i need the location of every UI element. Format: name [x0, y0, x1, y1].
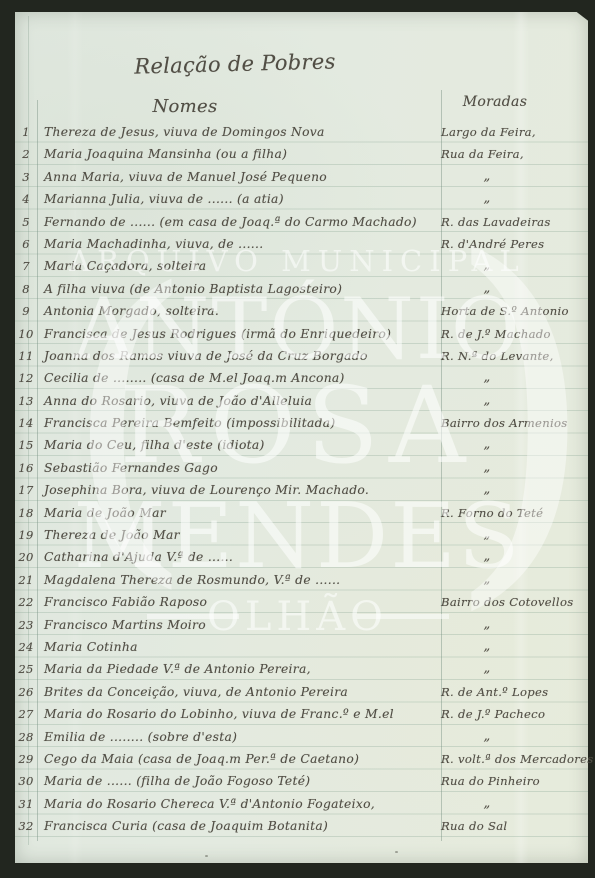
row-address: Rua da Feira,	[441, 144, 588, 164]
row-address: R. Forno do Teté	[441, 503, 588, 523]
table-row: 27 Maria do Rosario do Lobinho, viuva de…	[15, 704, 588, 726]
row-number: 7	[15, 256, 37, 276]
row-number: 24	[15, 637, 37, 657]
row-name: Thereza de Jesus, viuva de Domingos Nova	[37, 122, 441, 142]
row-address: Bairro dos Armenios	[441, 413, 588, 433]
row-name: Maria de ...... (filha de João Fogoso Te…	[37, 771, 441, 791]
table-row: 5 Fernando de ...... (em casa de Joaq.ª …	[15, 212, 588, 234]
table-row: 7 Maria Caçadora, solteira „	[15, 256, 588, 278]
row-name: Francisco Fabião Raposo	[37, 592, 441, 612]
row-number: 16	[15, 458, 37, 478]
row-name: Francisca de Jesus Rodrigues (irmã do En…	[37, 324, 441, 344]
table-row: 2 Maria Joaquina Mansinha (ou a filha) R…	[15, 144, 588, 166]
table-row: 26 Brites da Conceição, viuva, de Antoni…	[15, 682, 588, 704]
table-row: 6 Maria Machadinha, viuva, de ...... R. …	[15, 234, 588, 256]
row-address: „	[441, 480, 588, 500]
table-row: 23 Francisco Martins Moiro „	[15, 615, 588, 637]
row-address: R. de Ant.º Lopes	[441, 682, 588, 702]
table-row: 9 Antonia Morgado, solteira. Horta de S.…	[15, 301, 588, 323]
table-row: 19 Thereza de João Mar „	[15, 525, 588, 547]
row-name: Marianna Julia, viuva de ...... (a atia)	[37, 189, 441, 209]
row-address: „	[441, 167, 588, 187]
row-name: Cecilia de ........ (casa de M.el Joaq.m…	[37, 368, 441, 388]
table-row: 16 Sebastião Fernandes Gago „	[15, 458, 588, 480]
row-number: 6	[15, 234, 37, 254]
row-name: Magdalena Thereza de Rosmundo, V.ª de ..…	[37, 570, 441, 590]
column-header-names: Nomes	[125, 96, 245, 117]
row-name: Joanna dos Ramos viuva de José da Cruz B…	[37, 346, 441, 366]
row-name: Catharina d'Ajuda V.ª de ......	[37, 547, 441, 567]
row-number: 28	[15, 727, 37, 747]
row-name: Maria Machadinha, viuva, de ......	[37, 234, 441, 254]
table-row: 15 Maria do Ceu, filha d'este (idiota) „	[15, 435, 588, 457]
row-name: Maria de João Mar	[37, 503, 441, 523]
row-name: Maria do Rosario do Lobinho, viuva de Fr…	[37, 704, 441, 724]
table-row: 30 Maria de ...... (filha de João Fogoso…	[15, 771, 588, 793]
row-address: „	[441, 637, 588, 657]
row-number: 23	[15, 615, 37, 635]
row-address: R. das Lavadeiras	[441, 212, 588, 232]
ink-speck	[205, 855, 208, 857]
row-address: R. volt.ª dos Mercadores	[441, 749, 588, 769]
table-row: 14 Francisca Pereira Bemfeito (impossibi…	[15, 413, 588, 435]
row-address: „	[441, 570, 588, 590]
row-number: 1	[15, 122, 37, 142]
paper-sheet: Relação de Pobres Nomes Moradas 1 Therez…	[15, 12, 588, 863]
row-name: Maria Joaquina Mansinha (ou a filha)	[37, 144, 441, 164]
row-number: 12	[15, 368, 37, 388]
row-address: R. N.ª do Levante,	[441, 346, 588, 366]
row-address: R. d'André Peres	[441, 234, 588, 254]
table-row: 25 Maria da Piedade V.ª de Antonio Perei…	[15, 659, 588, 681]
row-name: Maria Caçadora, solteira	[37, 256, 441, 276]
row-name: Francisca Pereira Bemfeito (impossibilit…	[37, 413, 441, 433]
row-name: Francisca Curia (casa de Joaquim Botanit…	[37, 816, 441, 836]
table-row: 11 Joanna dos Ramos viuva de José da Cru…	[15, 346, 588, 368]
row-number: 18	[15, 503, 37, 523]
row-name: Emilia de ........ (sobre d'esta)	[37, 727, 441, 747]
row-number: 20	[15, 547, 37, 567]
row-address: Horta de S.º Antonio	[441, 301, 588, 321]
row-number: 30	[15, 771, 37, 791]
table-row: 22 Francisco Fabião Raposo Bairro dos Co…	[15, 592, 588, 614]
row-number: 4	[15, 189, 37, 209]
row-address: „	[441, 391, 588, 411]
ink-speck	[395, 851, 398, 853]
table-row: 20 Catharina d'Ajuda V.ª de ...... „	[15, 547, 588, 569]
row-number: 26	[15, 682, 37, 702]
row-number: 17	[15, 480, 37, 500]
entry-list: 1 Thereza de Jesus, viuva de Domingos No…	[15, 122, 588, 839]
row-name: Anna do Rosario, viuva de João d'Allelui…	[37, 391, 441, 411]
row-address: Largo da Feira,	[441, 122, 588, 142]
page-corner-cut	[561, 0, 595, 26]
row-address: „	[441, 189, 588, 209]
row-address: Rua do Pinheiro	[441, 771, 588, 791]
row-address: „	[441, 659, 588, 679]
row-address: „	[441, 435, 588, 455]
row-name: Maria da Piedade V.ª de Antonio Pereira,	[37, 659, 441, 679]
row-address: „	[441, 727, 588, 747]
row-number: 15	[15, 435, 37, 455]
row-address: Rua do Sal	[441, 816, 588, 836]
table-row: 8 A filha viuva (de Antonio Baptista Lag…	[15, 279, 588, 301]
row-number: 14	[15, 413, 37, 433]
row-address: „	[441, 256, 588, 276]
row-address: „	[441, 615, 588, 635]
table-row: 21 Magdalena Thereza de Rosmundo, V.ª de…	[15, 570, 588, 592]
row-number: 13	[15, 391, 37, 411]
row-number: 22	[15, 592, 37, 612]
column-header-addresses: Moradas	[430, 94, 560, 110]
row-address: R. de J.º Pacheco	[441, 704, 588, 724]
table-row: 31 Maria do Rosario Chereca V.ª d'Antoni…	[15, 794, 588, 816]
row-name: Maria Cotinha	[37, 637, 441, 657]
row-number: 8	[15, 279, 37, 299]
row-name: Maria do Ceu, filha d'este (idiota)	[37, 435, 441, 455]
row-number: 11	[15, 346, 37, 366]
row-address: „	[441, 279, 588, 299]
table-row: 18 Maria de João Mar R. Forno do Teté	[15, 503, 588, 525]
table-row: 24 Maria Cotinha „	[15, 637, 588, 659]
row-name: Maria do Rosario Chereca V.ª d'Antonio F…	[37, 794, 441, 814]
row-name: Josephina Bora, viuva de Lourenço Mir. M…	[37, 480, 441, 500]
row-number: 27	[15, 704, 37, 724]
table-row: 29 Cego da Maia (casa de Joaq.m Per.ª de…	[15, 749, 588, 771]
row-name: Thereza de João Mar	[37, 525, 441, 545]
row-number: 19	[15, 525, 37, 545]
row-number: 32	[15, 816, 37, 836]
row-number: 29	[15, 749, 37, 769]
row-name: Sebastião Fernandes Gago	[37, 458, 441, 478]
row-address: „	[441, 368, 588, 388]
row-number: 10	[15, 324, 37, 344]
table-row: 17 Josephina Bora, viuva de Lourenço Mir…	[15, 480, 588, 502]
row-address: R. de J.º Machado	[441, 324, 588, 344]
row-number: 21	[15, 570, 37, 590]
row-number: 9	[15, 301, 37, 321]
table-row: 28 Emilia de ........ (sobre d'esta) „	[15, 727, 588, 749]
table-row: 3 Anna Maria, viuva de Manuel José Peque…	[15, 167, 588, 189]
table-row: 10 Francisca de Jesus Rodrigues (irmã do…	[15, 324, 588, 346]
row-address: „	[441, 794, 588, 814]
table-row: 13 Anna do Rosario, viuva de João d'Alle…	[15, 391, 588, 413]
row-address: „	[441, 458, 588, 478]
row-name: A filha viuva (de Antonio Baptista Lagos…	[37, 279, 441, 299]
row-name: Brites da Conceição, viuva, de Antonio P…	[37, 682, 441, 702]
row-address: „	[441, 525, 588, 545]
row-number: 31	[15, 794, 37, 814]
row-name: Antonia Morgado, solteira.	[37, 301, 441, 321]
row-name: Anna Maria, viuva de Manuel José Pequeno	[37, 167, 441, 187]
row-name: Francisco Martins Moiro	[37, 615, 441, 635]
row-name: Cego da Maia (casa de Joaq.m Per.ª de Ca…	[37, 749, 441, 769]
row-number: 3	[15, 167, 37, 187]
row-number: 2	[15, 144, 37, 164]
scanned-document-page: Relação de Pobres Nomes Moradas 1 Therez…	[0, 0, 595, 878]
row-address: „	[441, 547, 588, 567]
table-row: 1 Thereza de Jesus, viuva de Domingos No…	[15, 122, 588, 144]
table-row: 32 Francisca Curia (casa de Joaquim Bota…	[15, 816, 588, 838]
row-number: 25	[15, 659, 37, 679]
row-name: Fernando de ...... (em casa de Joaq.ª do…	[37, 212, 441, 232]
row-address: Bairro dos Cotovellos	[441, 592, 588, 612]
table-row: 12 Cecilia de ........ (casa de M.el Joa…	[15, 368, 588, 390]
row-number: 5	[15, 212, 37, 232]
table-row: 4 Marianna Julia, viuva de ...... (a ati…	[15, 189, 588, 211]
